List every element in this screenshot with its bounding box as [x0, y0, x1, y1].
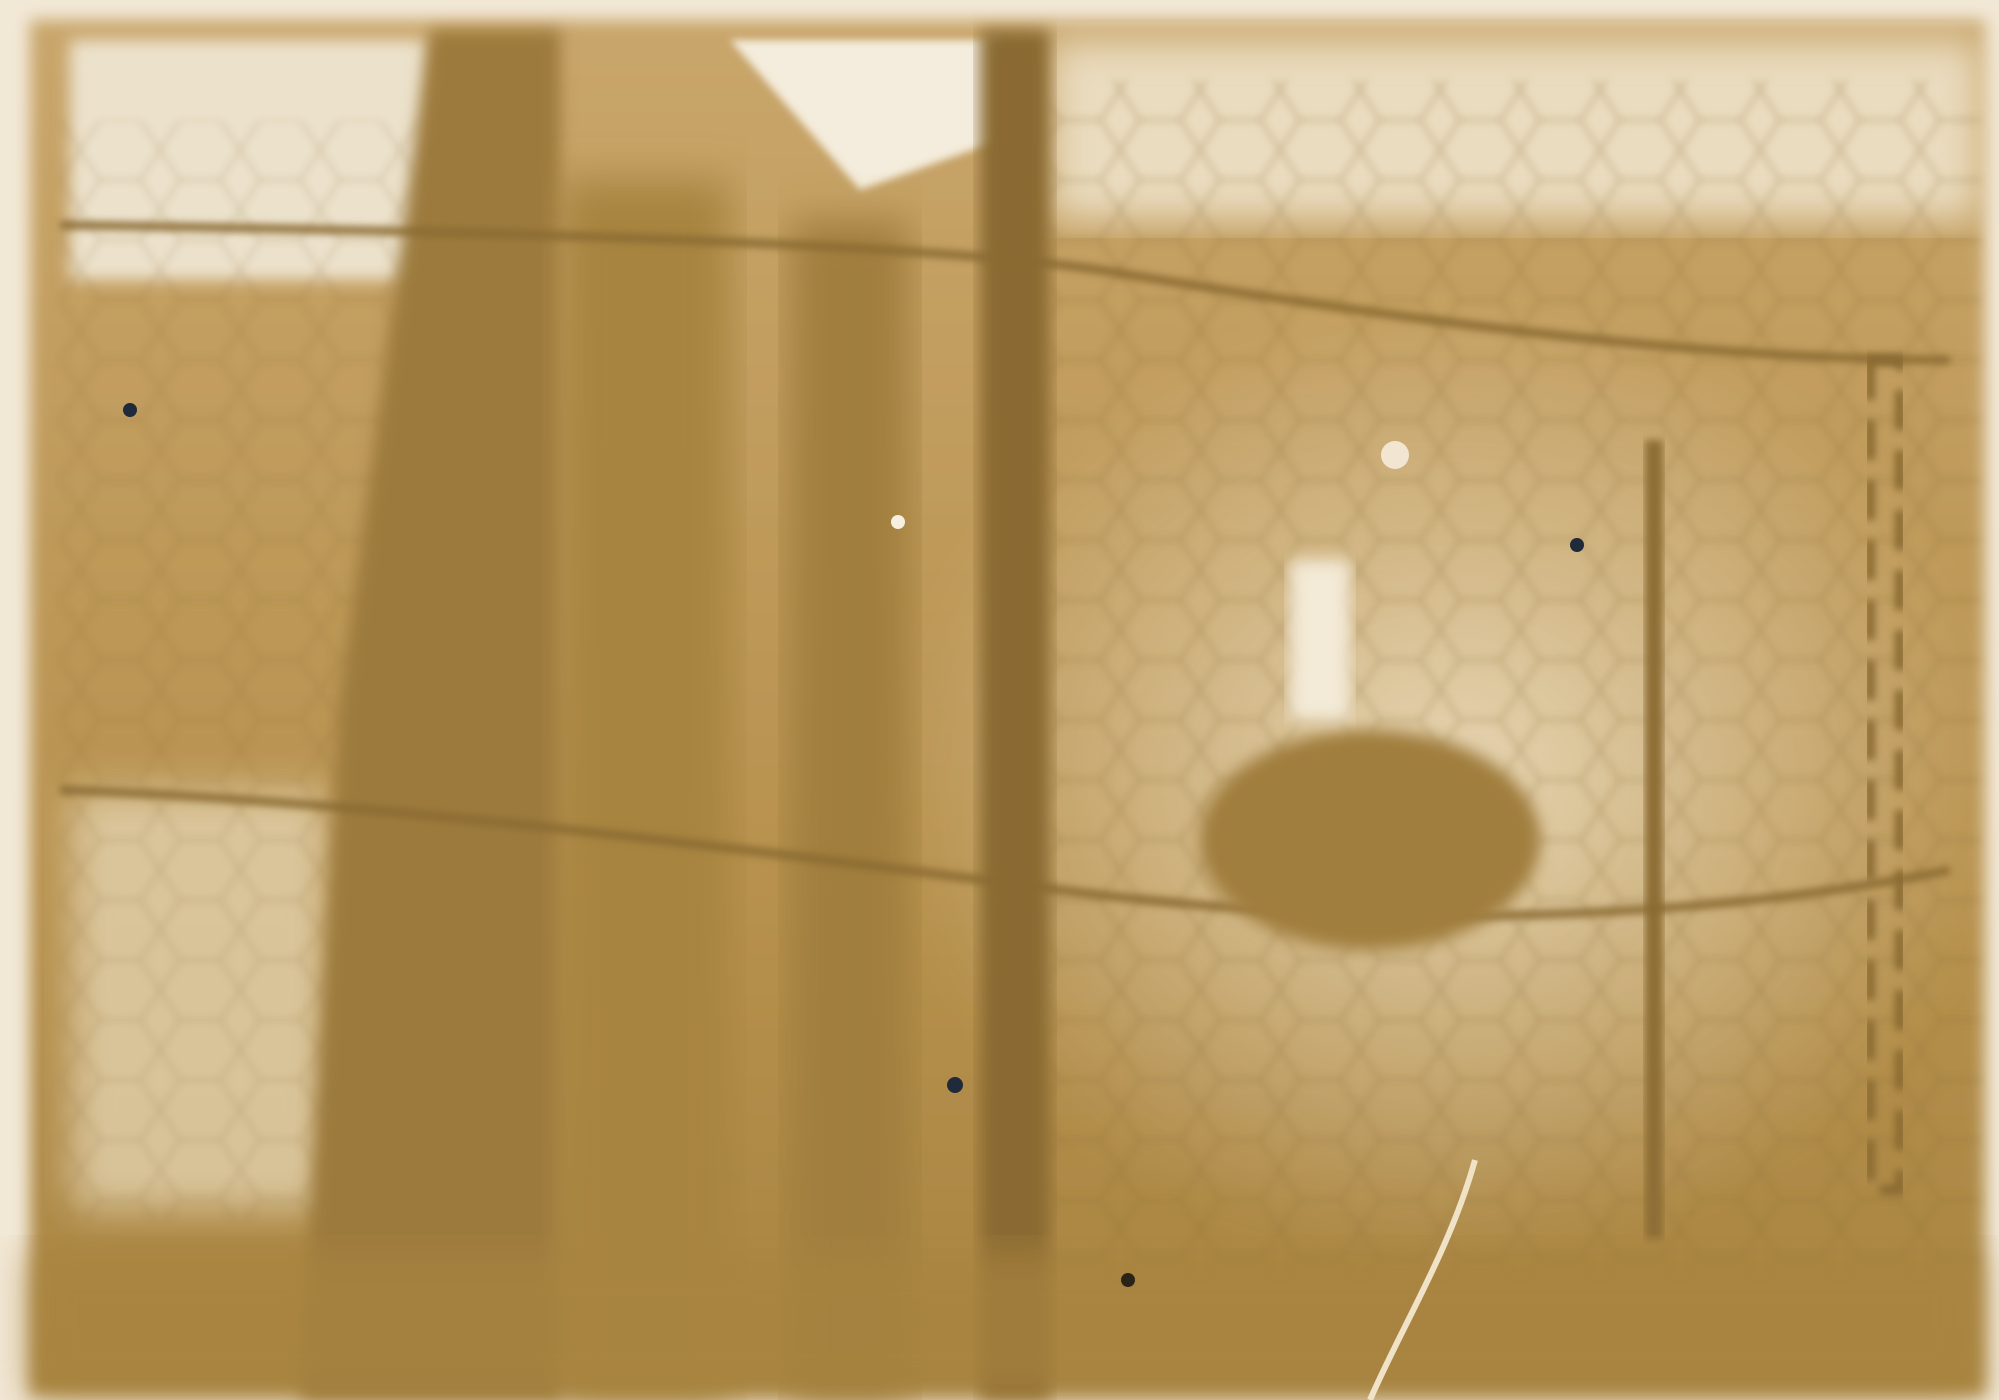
dark-trunk-left-center — [560, 180, 730, 1400]
light-figure-shape — [1290, 560, 1350, 720]
dark-blotch-center-right — [1200, 730, 1540, 950]
dark-trunk-center — [790, 220, 910, 1400]
bottom-shading — [30, 1250, 1980, 1400]
thin-post-right — [1645, 440, 1663, 1240]
chicken-wire-mesh — [1050, 80, 1980, 1280]
sepia-photograph — [0, 0, 1999, 1400]
dark-post-center — [980, 30, 1050, 1400]
